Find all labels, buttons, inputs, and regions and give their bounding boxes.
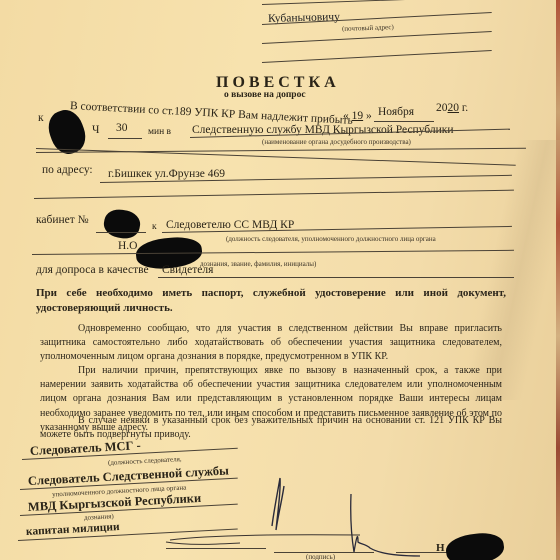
- purpose-label: для допроса в качестве: [36, 264, 149, 276]
- date-day-field: « 19 »: [343, 110, 372, 122]
- signer-caption-3: дознания): [84, 512, 114, 522]
- address-line-0: [262, 0, 512, 5]
- signature-line-left: [166, 548, 266, 549]
- officer-initial: Н.О: [118, 240, 138, 252]
- address-line-2: [262, 31, 492, 44]
- signer-name-initial: Н: [436, 542, 445, 554]
- handwritten-signature: [160, 460, 420, 560]
- to-label: к: [152, 222, 157, 232]
- minutes-label: мин в: [148, 127, 171, 137]
- hour-label: Ч: [92, 124, 99, 136]
- purpose-value: Свидетеля: [162, 264, 213, 276]
- postal-address-caption: (почтовый адрес): [342, 23, 394, 33]
- cabinet-label: кабинет №: [36, 214, 89, 226]
- summons-intro: В соответствии со ст.189 УПК КР Вам надл…: [70, 100, 353, 127]
- month-underline: [374, 121, 434, 122]
- paper-edge: [556, 0, 560, 560]
- redacted-signer-name: [444, 530, 506, 560]
- signature-caption: (подпись): [306, 553, 335, 560]
- minutes-value: 30: [116, 122, 128, 134]
- summons-intro-part: В соответствии со ст.189 УПК КР Вам надл…: [70, 100, 353, 127]
- agency-caption: (наименование органа досудебного произво…: [262, 138, 411, 146]
- officer-line-2: [32, 250, 514, 255]
- address-underline-2: [34, 190, 514, 199]
- k-label: к: [38, 112, 44, 124]
- date-year: 20: [448, 102, 460, 114]
- paragraph-defender-right: Одновременно сообщаю, что для участия в …: [40, 322, 502, 365]
- document-subtitle: о вызове на допрос: [224, 90, 306, 100]
- paragraph-forced-appearance: В случае неявки в указанный срок без ува…: [40, 414, 502, 442]
- redacted-cabinet-number: [102, 207, 142, 241]
- address-label: по адресу:: [42, 164, 93, 176]
- address-line-3: [262, 50, 492, 63]
- date-month: Ноября: [378, 106, 414, 118]
- separator-line-2: [36, 148, 526, 153]
- bring-documents-notice: При себе необходимо иметь паспорт, служе…: [36, 286, 506, 316]
- officer-caption-1: (должность следователя, уполномоченного …: [226, 235, 436, 243]
- purpose-underline: [158, 277, 514, 278]
- date-year-field: 2020 г.: [436, 102, 468, 114]
- address-value: г.Бишкек ул.Фрунзе 469: [108, 168, 225, 180]
- minutes-underline: [108, 138, 142, 139]
- cabinet-underline: [96, 232, 146, 233]
- date-day: 19: [352, 110, 364, 122]
- officer-caption-2: дознания, звание, фамилия, инициалы): [200, 260, 316, 268]
